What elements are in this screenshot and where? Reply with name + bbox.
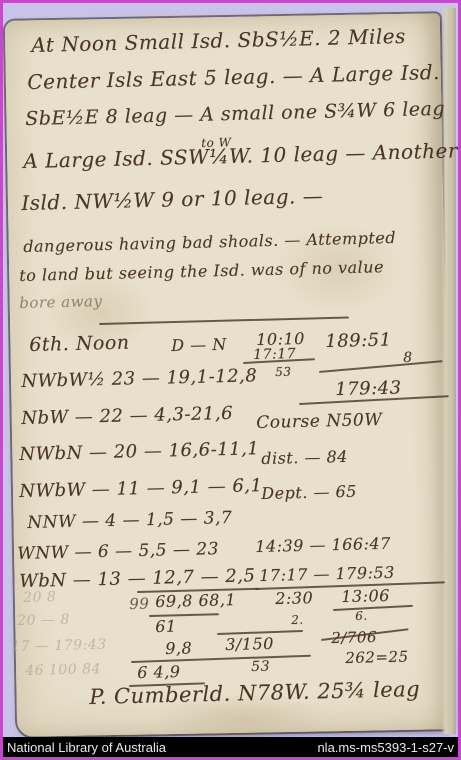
manuscript-line: 179:43 bbox=[335, 377, 402, 400]
manuscript-line: 2. bbox=[291, 613, 304, 627]
manuscript-line: Course N50W bbox=[256, 410, 382, 433]
manuscript-line: Center Isls East 5 leag. — A Large Isd. bbox=[27, 60, 440, 94]
catalog-id: nla.ms-ms5393-1-s27-v bbox=[317, 740, 454, 755]
ghost-pencil-line: 17 — 179:43 bbox=[11, 637, 107, 655]
manuscript-line: 14:39 — 166:47 bbox=[255, 534, 391, 556]
manuscript-line: 6. bbox=[355, 609, 368, 623]
manuscript-layer: At Noon Small Isd. SbS½E. 2 MilesCenter … bbox=[3, 3, 461, 743]
manuscript-line: bore away bbox=[19, 292, 103, 312]
manuscript-line: WNW — 6 — 5,5 — 23 bbox=[17, 539, 219, 564]
manuscript-line: 6 4,9 bbox=[137, 662, 181, 682]
manuscript-line: 69,8 68,1 bbox=[155, 590, 236, 611]
manuscript-line: NWbW½ 23 — 19,1-12,8 bbox=[21, 365, 257, 392]
library-name: National Library of Australia bbox=[7, 740, 166, 755]
manuscript-line: 53 bbox=[275, 365, 292, 379]
manuscript-line: Dept. — 65 bbox=[261, 482, 357, 503]
manuscript-line: 262=25 bbox=[345, 647, 409, 667]
manuscript-line: 13:06 bbox=[341, 586, 390, 606]
ghost-pencil-line: 20 8 bbox=[23, 589, 57, 606]
ink-rule bbox=[149, 613, 219, 617]
manuscript-line: 53 bbox=[251, 659, 270, 675]
ghost-pencil-line: 20 — 8 bbox=[17, 612, 70, 629]
manuscript-line: 17:17 — 179:53 bbox=[259, 563, 395, 585]
ink-rule bbox=[99, 316, 349, 325]
manuscript-line: SbE½E 8 leag — A small one S¾W 6 leag bbox=[25, 98, 445, 130]
manuscript-line: NWbN — 20 — 16,6-11,1 bbox=[19, 438, 260, 465]
manuscript-line: 99 bbox=[129, 595, 150, 613]
footer-bar: National Library of Australia nla.ms-ms5… bbox=[3, 737, 458, 757]
manuscript-line: A Large Isd. SSW¼W. 10 leag — Another bbox=[23, 138, 458, 173]
scanned-manuscript-view: At Noon Small Isd. SbS½E. 2 MilesCenter … bbox=[0, 0, 461, 760]
manuscript-line: 2:30 bbox=[275, 588, 313, 608]
manuscript-line: dangerous having bad shoals. — Attempted bbox=[23, 228, 396, 256]
ink-rule bbox=[131, 655, 311, 663]
manuscript-line: dist. — 84 bbox=[261, 447, 348, 468]
manuscript-line: 61 bbox=[155, 616, 177, 636]
ink-rule bbox=[319, 360, 443, 373]
manuscript-line: 6th. Noon bbox=[29, 332, 130, 356]
manuscript-line: NWbW — 11 — 9,1 — 6,1 bbox=[19, 475, 263, 502]
manuscript-line: NNW — 4 — 1,5 — 3,7 bbox=[27, 508, 232, 533]
manuscript-line: 189:51 bbox=[325, 329, 392, 352]
manuscript-line: NbW — 22 — 4,3-21,6 bbox=[21, 403, 233, 429]
manuscript-line: to land but seeing the Isd. was of no va… bbox=[19, 257, 384, 285]
manuscript-line: 3/150 bbox=[225, 634, 274, 654]
manuscript-line: At Noon Small Isd. SbS½E. 2 Miles bbox=[31, 24, 406, 57]
manuscript-line: Isld. NW½W 9 or 10 leag. — bbox=[21, 184, 323, 215]
ghost-pencil-line: 46 100 84 bbox=[25, 661, 101, 679]
manuscript-line: 9,8 bbox=[165, 638, 192, 658]
manuscript-line: D — N bbox=[171, 335, 227, 355]
